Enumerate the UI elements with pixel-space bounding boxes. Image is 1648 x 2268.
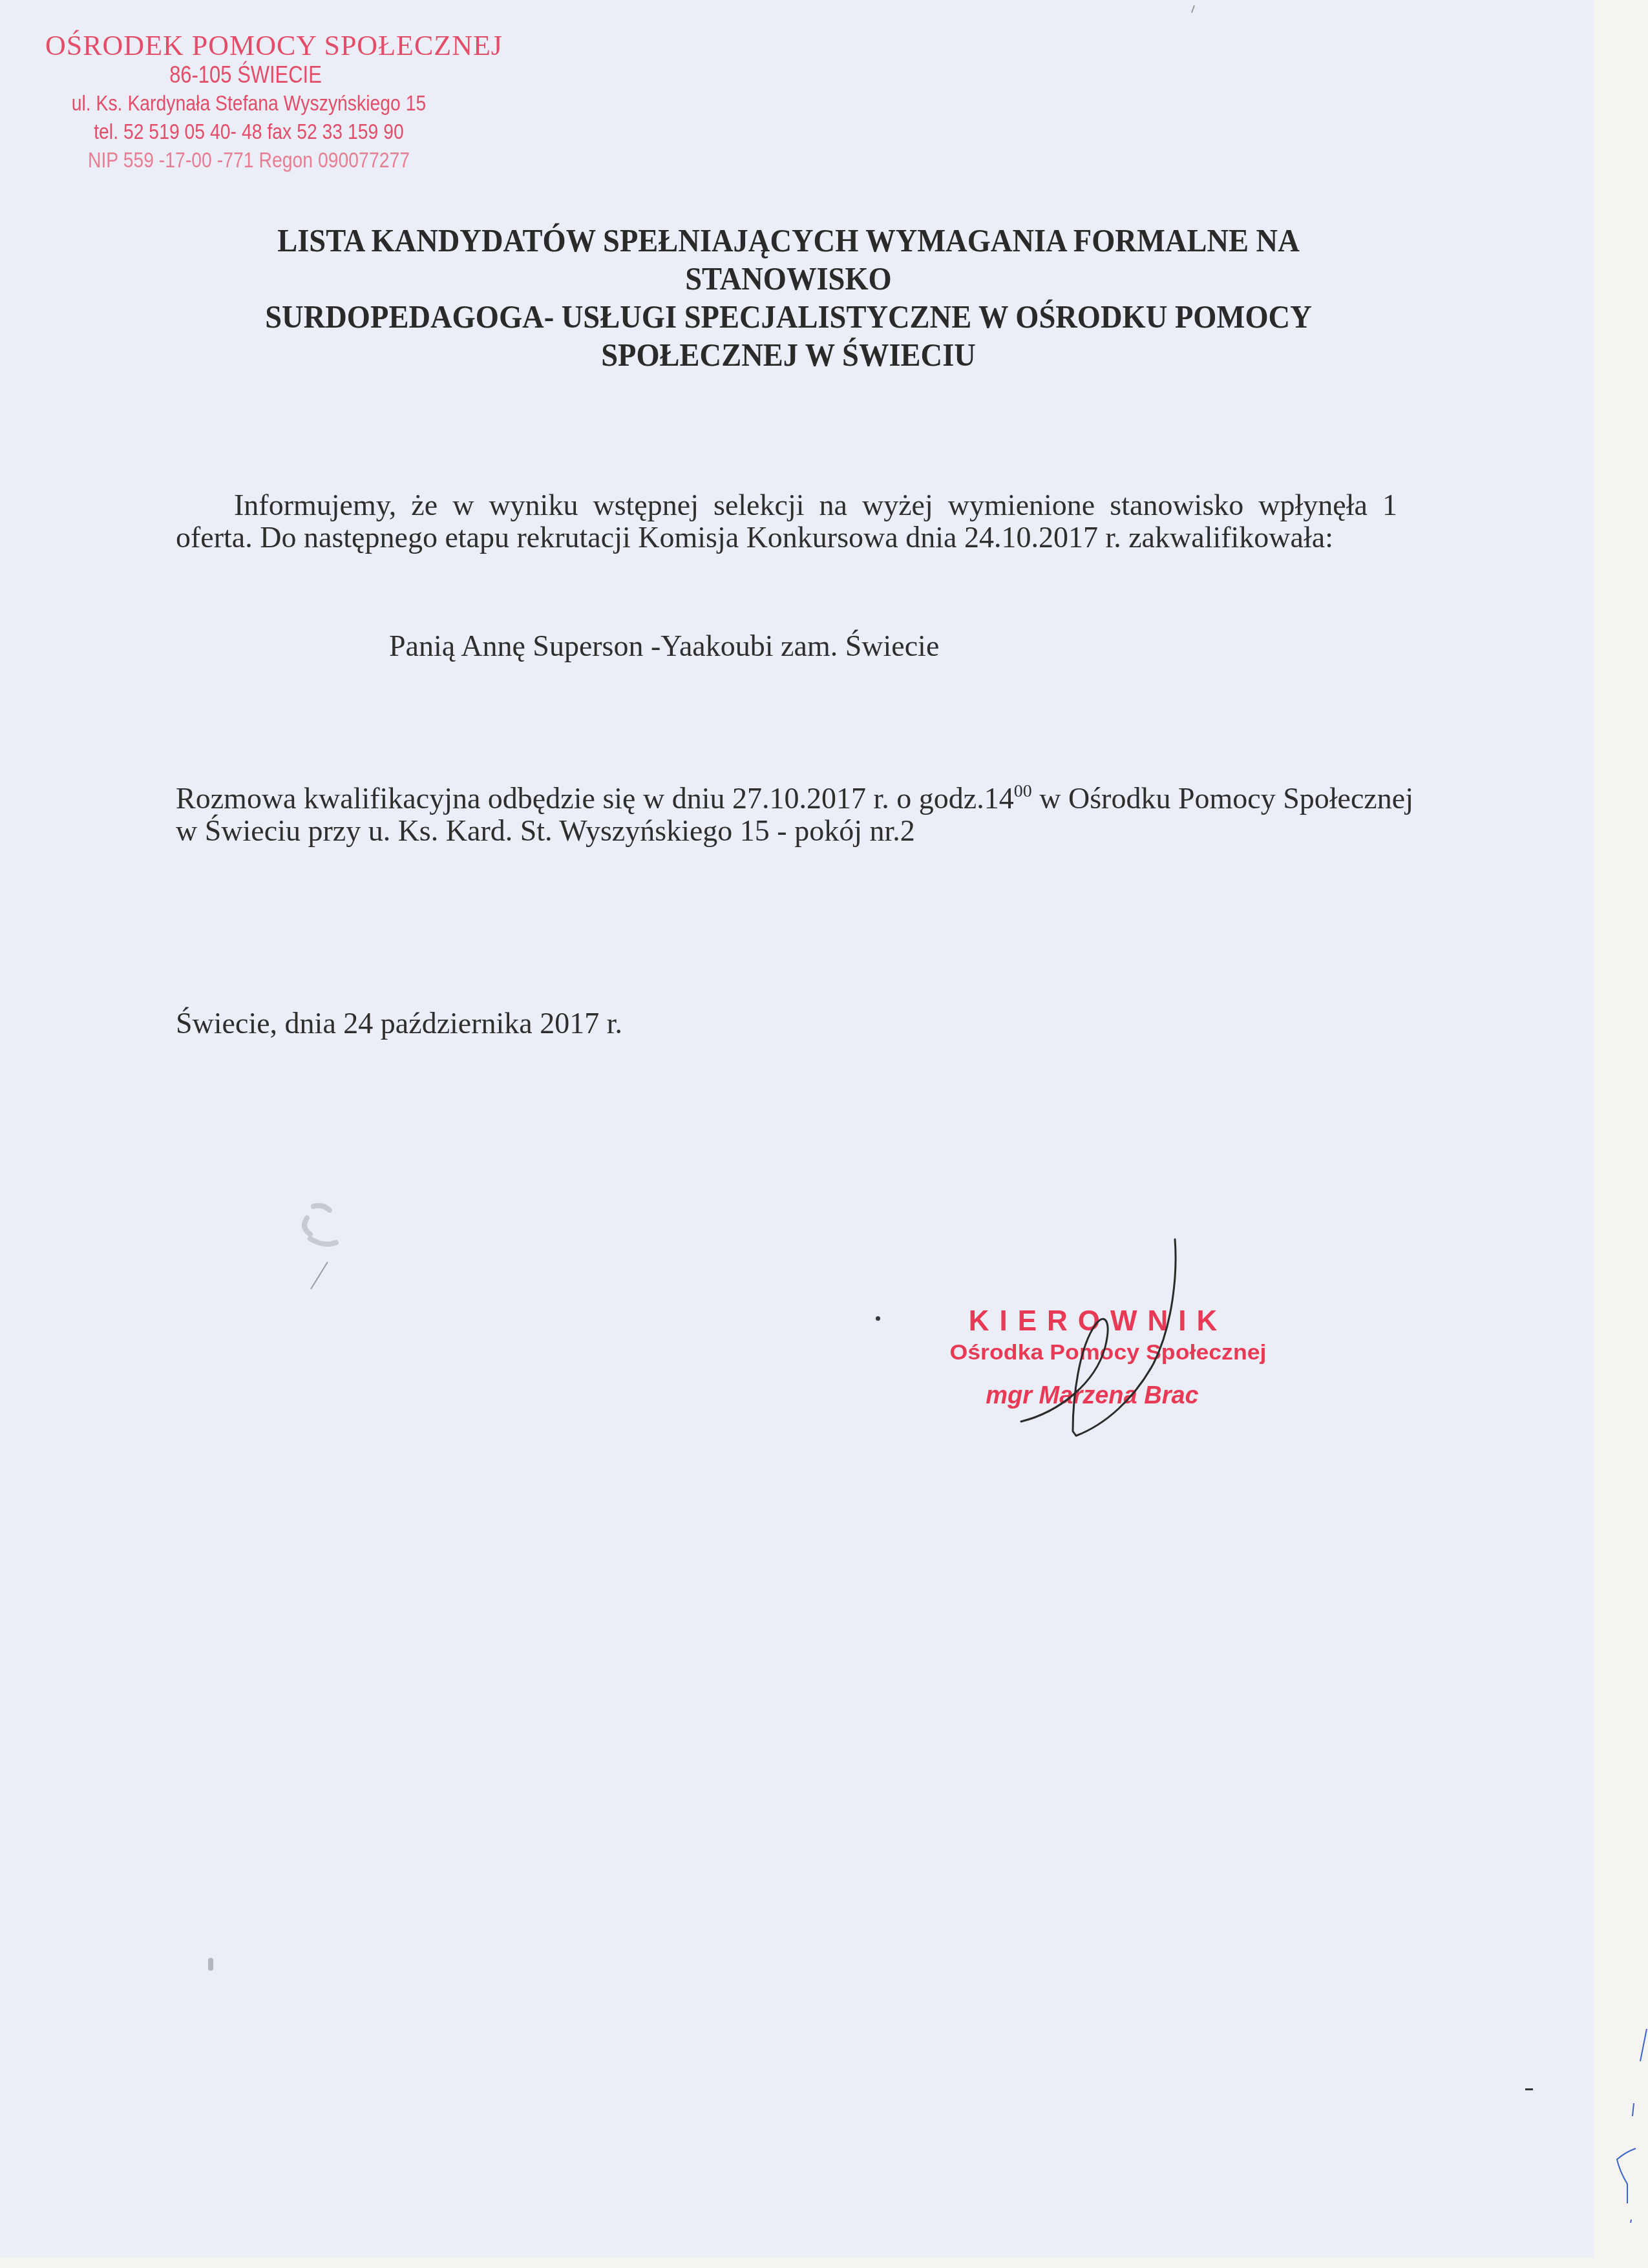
blue-pen-marks <box>1594 1964 1648 2223</box>
qualified-candidate: Panią Annę Superson -Yaakoubi zam. Świec… <box>389 629 939 663</box>
document-title: LISTA KANDYDATÓW SPEŁNIAJĄCYCH WYMAGANIA… <box>181 222 1396 374</box>
place-and-date: Świecie, dnia 24 października 2017 r. <box>176 1006 622 1040</box>
ink-dot <box>876 1316 880 1321</box>
interview-text-start: Rozmowa kwalifikacyjna odbędzie się w dn… <box>176 782 1014 815</box>
interview-time-minutes: 00 <box>1014 781 1032 801</box>
stamp-postal-city: 86-105 ŚWIECIE <box>57 61 435 89</box>
stamp-nip-regon: NIP 559 -17-00 -771 Regon 090077277 <box>63 146 435 174</box>
stamp-institution-name: OŚRODEK POMOCY SPOŁECZNEJ <box>45 31 465 61</box>
title-line-2: STANOWISKO <box>224 260 1353 298</box>
title-line-3: SURDOPEDAGOGA- USŁUGI SPECJALISTYCZNE W … <box>224 298 1353 336</box>
title-line-4: SPOŁECZNEJ W ŚWIECIU <box>224 336 1353 374</box>
speck-mark <box>1191 5 1195 13</box>
scan-margin-right <box>1594 0 1648 2268</box>
ink-dash <box>1525 2088 1533 2090</box>
faint-smudge-mark <box>294 1199 346 1296</box>
stamp-street-address: ul. Ks. Kardynała Stefana Wyszyńskiego 1… <box>63 89 435 118</box>
document-page: OŚRODEK POMOCY SPOŁECZNEJ 86-105 ŚWIECIE… <box>0 0 1594 2258</box>
stamp-phone-fax: tel. 52 519 05 40- 48 fax 52 33 159 90 <box>63 118 435 146</box>
announcement-paragraph: Informujemy, że w wyniku wstępnej selekc… <box>176 489 1397 554</box>
institution-stamp: OŚRODEK POMOCY SPOŁECZNEJ 86-105 ŚWIECIE… <box>26 31 465 174</box>
speck-mark <box>208 1958 213 1971</box>
title-line-1: LISTA KANDYDATÓW SPEŁNIAJĄCYCH WYMAGANIA… <box>224 222 1353 260</box>
announcement-text: Informujemy, że w wyniku wstępnej selekc… <box>176 488 1397 554</box>
handwritten-signature <box>1008 1234 1228 1447</box>
scan-margin-bottom <box>0 2258 1594 2268</box>
interview-paragraph: Rozmowa kwalifikacyjna odbędzie się w dn… <box>176 782 1413 847</box>
